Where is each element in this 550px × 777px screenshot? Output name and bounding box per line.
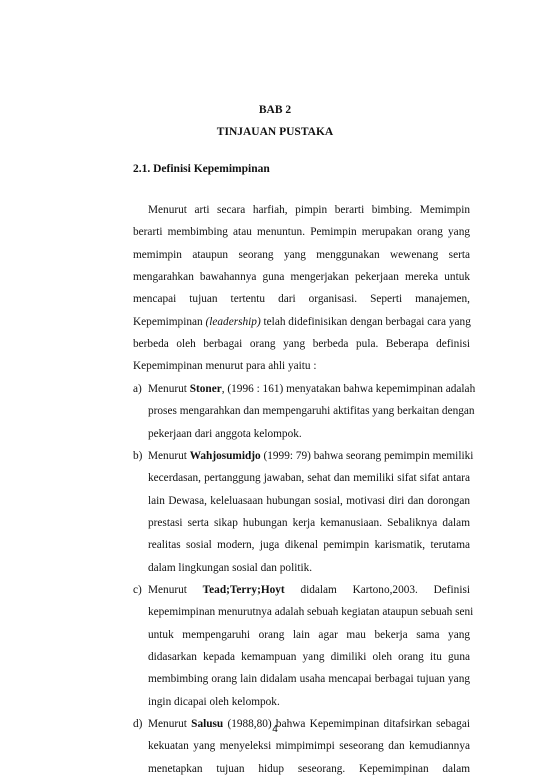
list-item-line: menetapkan tujuan hidup seseorang. Kepem… [148,762,470,776]
paragraph-line: memimpin ataupun seorang yang menggunaka… [133,248,470,262]
list-marker: a) [133,382,142,396]
list-item-line: Menurut Wahjosumidjo (1999: 79) bahwa se… [148,449,470,463]
list-item-line: didasarkan kepada kemampuan yang dimilik… [148,650,470,664]
paragraph-line: mengarahkan bawahannya guna mengerjakan … [133,270,470,284]
list-marker: b) [133,449,142,463]
list-item-line: membimbing orang lain didalam usaha menc… [148,672,470,686]
list-item-line: lain Dewasa, keleluasaan hubungan sosial… [148,494,470,508]
chapter-number: BAB 2 [0,104,550,116]
paragraph-line: berbeda oleh berbagai orang yang berbeda… [133,337,470,351]
list-item-line: ingin dicapai oleh kelompok. [148,695,470,709]
list-item-line: pekerjaan dari anggota kelompok. [148,427,470,441]
list-item-line: realitas sosial modern, juga dikenal pem… [148,538,470,552]
list-marker: c) [133,583,142,597]
paragraph-line: mencapai tujuan tertentu dari organisasi… [133,292,470,306]
list-item-line: proses mengarahkan dan mempengaruhi akti… [148,404,470,418]
list-item-line: Menurut Tead;Terry;Hoyt didalam Kartono,… [148,583,470,597]
list-item-line: prestasi serta sikap hubungan kerja kema… [148,516,470,530]
paragraph-line: Kepemimpinan menurut para ahli yaitu : [133,359,470,373]
paragraph-line: berarti membimbing atau menuntun. Pemimp… [133,225,470,239]
list-item-line: untuk mempengaruhi orang lain agar mau b… [148,628,470,642]
paragraph-line: Kepemimpinan (leadership) telah didefini… [133,315,470,329]
list-item-line: kecerdasan, pertanggung jawaban, sehat d… [148,471,470,485]
list-item-line: kekuatan yang menyeleksi mimpimimpi sese… [148,739,470,753]
section-heading: 2.1. Definisi Kepemimpinan [133,163,270,175]
document-page: BAB 2 TINJAUAN PUSTAKA 2.1. Definisi Kep… [0,0,550,777]
paragraph-line: Menurut arti secara harfiah, pimpin bera… [148,203,470,217]
chapter-title: TINJAUAN PUSTAKA [0,126,550,138]
list-item-line: Menurut Stoner, (1996 : 161) menyatakan … [148,382,470,396]
list-item-line: dalam lingkungan sosial dan politik. [148,561,470,575]
list-item-line: kepemimpinan menurutnya adalah sebuah ke… [148,605,470,619]
page-number: 4 [0,724,550,735]
